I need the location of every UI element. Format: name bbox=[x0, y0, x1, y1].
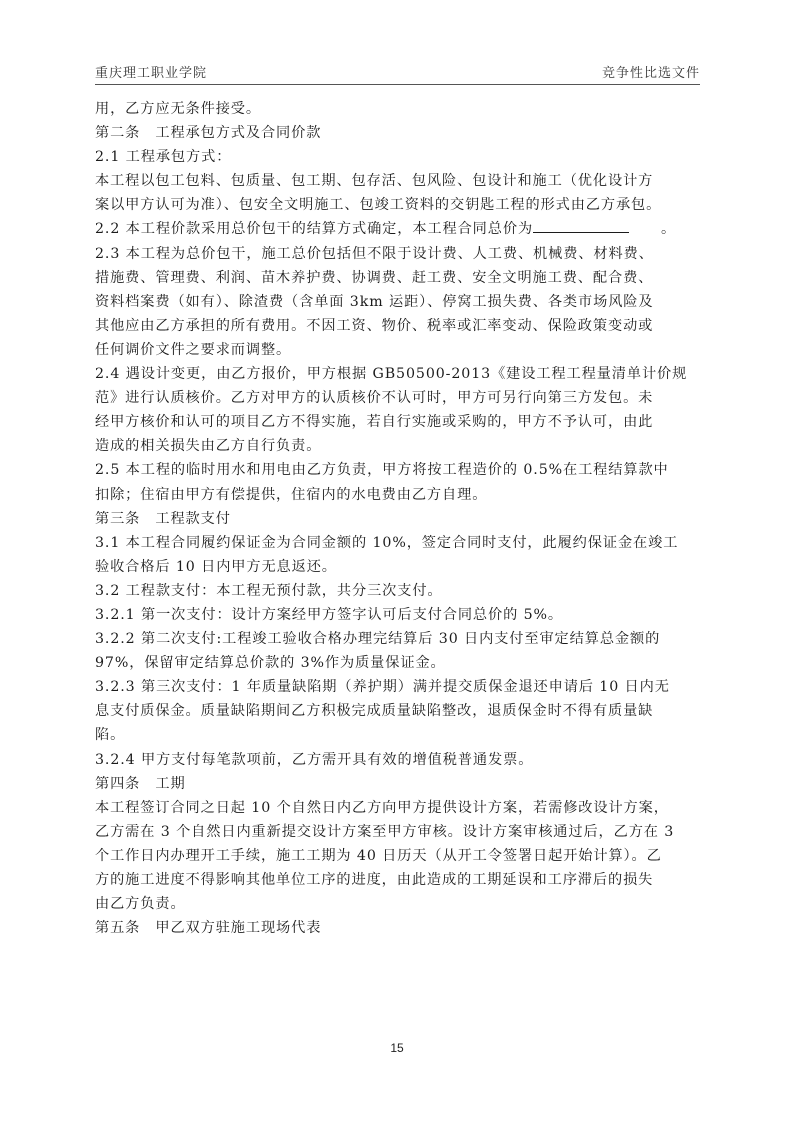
text-line: 2.3 本工程为总价包干，施工总价包括但不限于设计费、人工费、机械费、材料费、 bbox=[95, 242, 703, 266]
text-line: 本工程以包工包料、包质量、包工期、包存活、包风险、包设计和施工（优化设计方 bbox=[95, 169, 703, 193]
text-line: 3.2 工程款支付：本工程无预付款，共分三次支付。 bbox=[95, 579, 703, 603]
contract-price-line: 2.2 本工程价款采用总价包干的结算方式确定，本工程合同总价为。 bbox=[95, 217, 703, 241]
text-line: 范》进行认质核价。乙方对甲方的认质核价不认可时，甲方可另行向第三方发包。未 bbox=[95, 386, 703, 410]
text-line: 由乙方负责。 bbox=[95, 892, 703, 916]
text-line: 措施费、管理费、利润、苗木养护费、协调费、赶工费、安全文明施工费、配合费、 bbox=[95, 266, 703, 290]
text-line: 造成的相关损失由乙方自行负责。 bbox=[95, 434, 703, 458]
text-line: 本工程签订合同之日起 10 个自然日内乙方向甲方提供设计方案，若需修改设计方案， bbox=[95, 796, 703, 820]
article-heading-2: 第二条 工程承包方式及合同价款 bbox=[95, 121, 703, 145]
text-line: 验收合格后 10 日内甲方无息返还。 bbox=[95, 555, 703, 579]
text-line: 3.2.3 第三次支付：1 年质量缺陷期（养护期）满并提交质保金退还申请后 10… bbox=[95, 675, 703, 699]
text-line: 2.2 本工程价款采用总价包干的结算方式确定，本工程合同总价为 bbox=[95, 221, 533, 237]
article-heading-3: 第三条 工程款支付 bbox=[95, 507, 703, 531]
text-line: 乙方需在 3 个自然日内重新提交设计方案至甲方审核。设计方案审核通过后，乙方在 … bbox=[95, 820, 703, 844]
period: 。 bbox=[661, 221, 676, 237]
text-line: 陷。 bbox=[95, 723, 703, 747]
article-heading-4: 第四条 工期 bbox=[95, 772, 703, 796]
text-line: 息支付质保金。质量缺陷期间乙方积极完成质量缺陷整改，退质保金时不得有质量缺 bbox=[95, 699, 703, 723]
header-institution: 重庆理工职业学院 bbox=[95, 62, 207, 81]
text-line: 2.4 遇设计变更，由乙方报价，甲方根据 GB50500-2013《建设工程工程… bbox=[95, 362, 703, 386]
clause-heading: 2.1 工程承包方式： bbox=[95, 145, 703, 169]
text-line: 3.2.2 第二次支付:工程竣工验收合格办理完结算后 30 日内支付至审定结算总… bbox=[95, 627, 703, 651]
text-line: 经甲方核价和认可的项目乙方不得实施，若自行实施或采购的，甲方不予认可，由此 bbox=[95, 410, 703, 434]
text-line: 3.2.4 甲方支付每笔款项前，乙方需开具有效的增值税普通发票。 bbox=[95, 748, 703, 772]
text-line: 3.2.1 第一次支付：设计方案经甲方签字认可后支付合同总价的 5%。 bbox=[95, 603, 703, 627]
header-document-type: 竞争性比选文件 bbox=[602, 62, 700, 81]
text-line: 其他应由乙方承担的所有费用。不因工资、物价、税率或汇率变动、保险政策变动或 bbox=[95, 314, 703, 338]
text-line: 任何调价文件之要求而调整。 bbox=[95, 338, 703, 362]
text-line: 方的施工进度不得影响其他单位工序的进度，由此造成的工期延误和工序滞后的损失 bbox=[95, 868, 703, 892]
document-body: 用，乙方应无条件接受。 第二条 工程承包方式及合同价款 2.1 工程承包方式： … bbox=[95, 97, 703, 940]
text-line: 案以甲方认可为准）、包安全文明施工、包竣工资料的交钥匙工程的形式由乙方承包。 bbox=[95, 193, 703, 217]
text-line: 资料档案费（如有）、除渣费（含单面 3km 运距）、停窝工损失费、各类市场风险及 bbox=[95, 290, 703, 314]
text-line: 用，乙方应无条件接受。 bbox=[95, 97, 703, 121]
page-header: 重庆理工职业学院 竞争性比选文件 bbox=[95, 60, 700, 85]
text-line: 个工作日内办理开工手续，施工工期为 40 日历天（从开工令签署日起开始计算）。乙 bbox=[95, 844, 703, 868]
text-line: 3.1 本工程合同履约保证金为合同金额的 10%，签定合同时支付，此履约保证金在… bbox=[95, 531, 703, 555]
text-line: 2.5 本工程的临时用水和用电由乙方负责，甲方将按工程造价的 0.5%在工程结算… bbox=[95, 458, 703, 482]
page-number: 15 bbox=[0, 1041, 794, 1055]
article-heading-5: 第五条 甲乙双方驻施工现场代表 bbox=[95, 916, 703, 940]
contract-price-blank[interactable] bbox=[533, 217, 629, 233]
text-line: 97%，保留审定结算总价款的 3%作为质量保证金。 bbox=[95, 651, 703, 675]
text-line: 扣除；住宿由甲方有偿提供，住宿内的水电费由乙方自理。 bbox=[95, 483, 703, 507]
